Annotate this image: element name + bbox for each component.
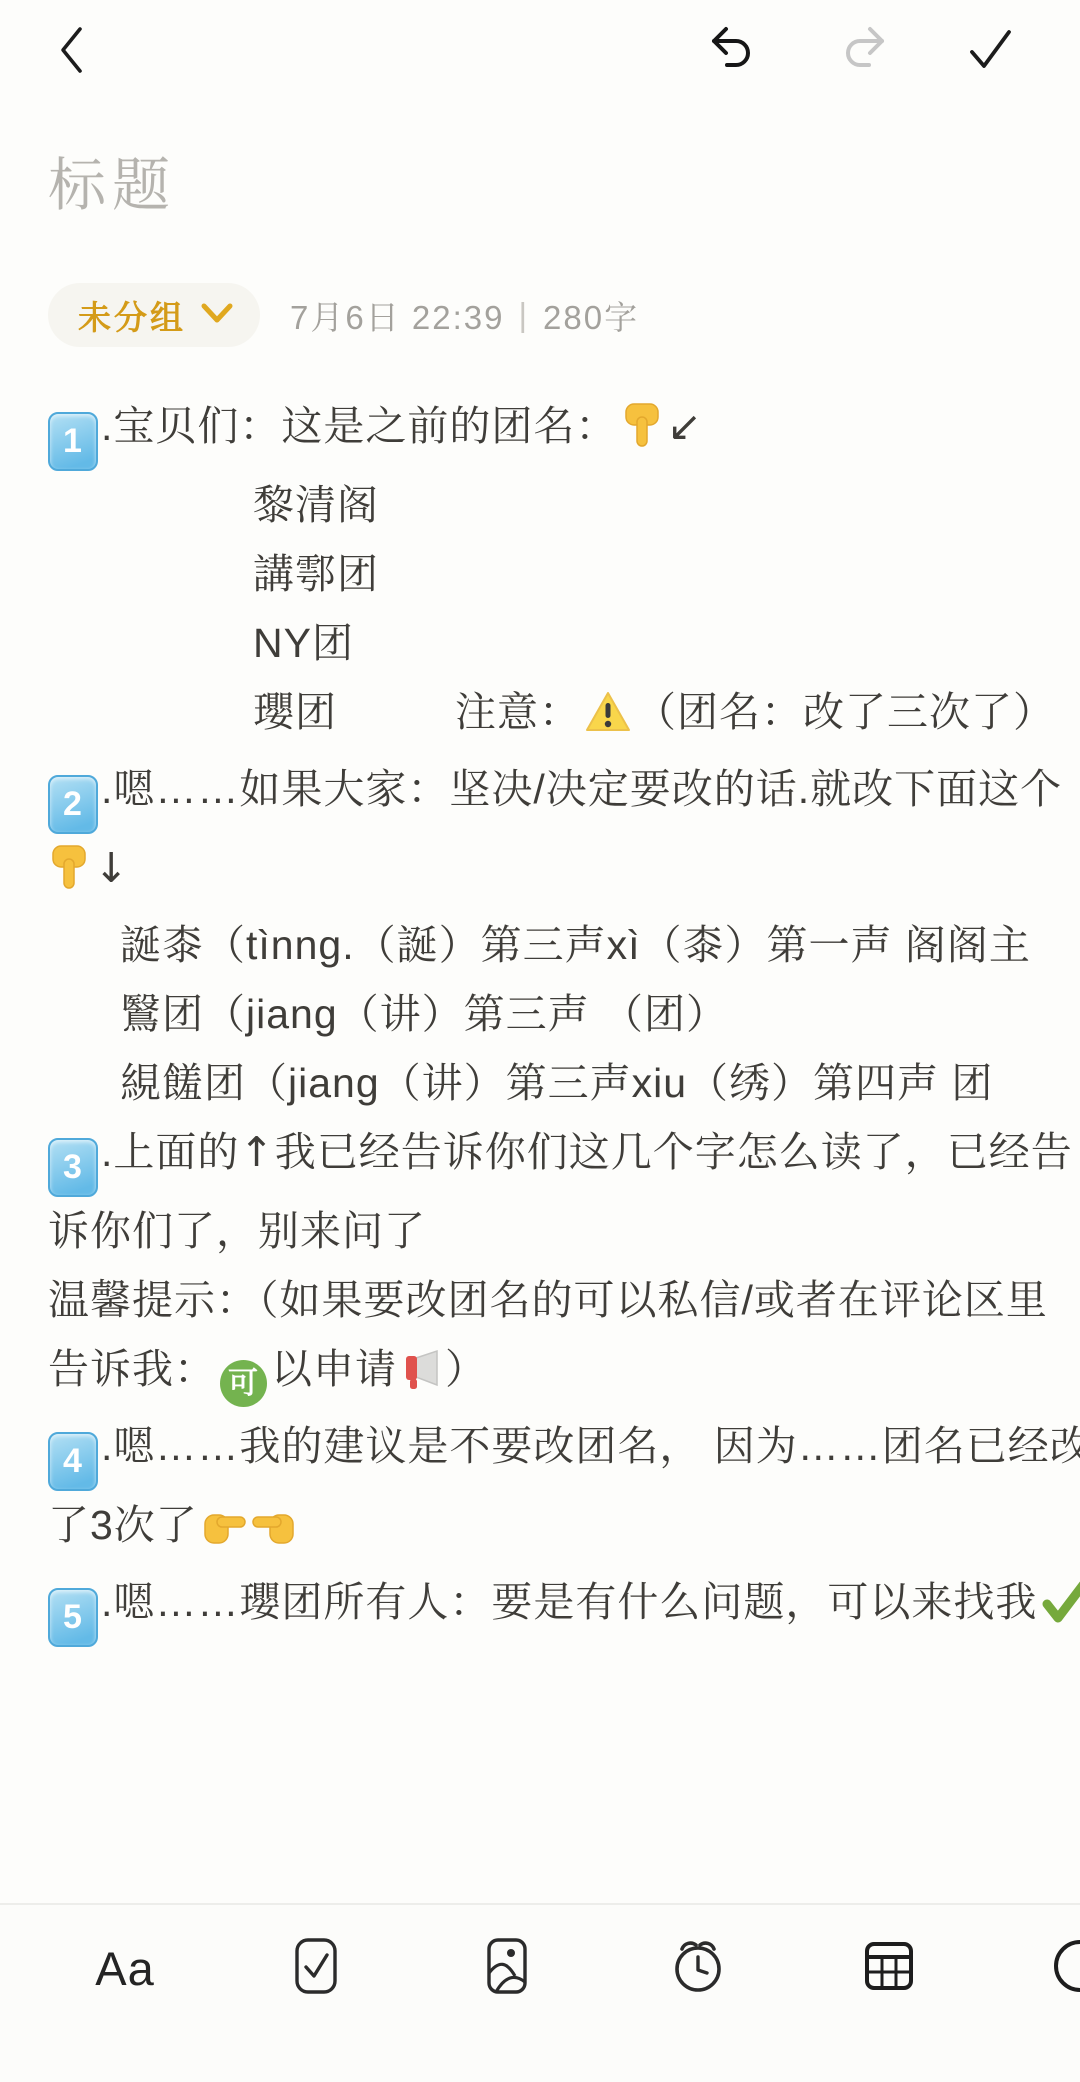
- line-5: 5.嗯……瓔团所有人：要是有什么问题，可以来找我: [48, 1568, 1060, 1647]
- keycap-5-icon: 5: [48, 1588, 98, 1647]
- line-3-pre: .上面的: [101, 1129, 239, 1175]
- confirm-button[interactable]: [962, 24, 1018, 80]
- line-4: 4.嗯……我的建议是不要改团名， 因为……团名已经改: [48, 1412, 1060, 1491]
- arrow-down: ↓: [94, 844, 129, 892]
- table-button[interactable]: [854, 1933, 924, 2003]
- redo-icon: [838, 24, 890, 81]
- line-4-text: .嗯……我的建议是不要改团名， 因为……团名已经改: [101, 1423, 1080, 1469]
- note-body[interactable]: 1.宝贝们：这是之前的团名： ↙ 黎清阁 講鄠团 NY团 瓔团注意： （团名：改…: [48, 392, 1060, 1647]
- tip-line-2: 告诉我：可以申请 ）: [48, 1335, 1060, 1412]
- point-down-icon: [621, 400, 663, 469]
- line-2b: ↓: [48, 834, 1060, 911]
- word-count: 280字: [543, 292, 639, 339]
- image-button[interactable]: [472, 1933, 542, 2003]
- line-4b-text: 了3次了: [48, 1502, 198, 1548]
- point-right-icon: [202, 1499, 248, 1568]
- tip-line-2-text: 告诉我：: [48, 1346, 216, 1392]
- megaphone-icon: [401, 1343, 441, 1412]
- line-1: 1.宝贝们：这是之前的团名： ↙: [48, 392, 1060, 471]
- group-tag-label: 未分组: [78, 292, 186, 339]
- line-3: 3.上面的↑我已经告诉你们这几个字怎么读了，已经告: [48, 1118, 1060, 1197]
- tip-line-2-text-b: 以申请: [271, 1346, 397, 1392]
- line-5-text: .嗯……瓔团所有人：要是有什么问题，可以来找我: [101, 1579, 1037, 1625]
- line-2: 2.嗯……如果大家：坚决/决定要改的话.就改下面这个: [48, 755, 1060, 834]
- image-icon: [480, 1936, 534, 2001]
- keycap-1-icon: 1: [48, 412, 98, 471]
- alarm-icon: [668, 1935, 728, 2002]
- redo-button[interactable]: [836, 24, 892, 80]
- checklist-icon: [288, 1936, 344, 2001]
- warning-icon: [585, 686, 631, 755]
- arrow-down-left: ↙: [667, 402, 702, 450]
- meta-separator: |: [518, 296, 529, 334]
- keycap-2-icon: 2: [48, 775, 98, 834]
- undo-icon: [706, 24, 758, 81]
- note-title-input[interactable]: 标题: [48, 138, 1032, 222]
- line-1-text: .宝贝们：这是之前的团名：: [101, 403, 617, 449]
- keycap-4-icon: 4: [48, 1432, 98, 1491]
- check-icon: [964, 24, 1016, 81]
- line-3b: 诉你们了，别来问了: [48, 1197, 1060, 1266]
- team-name-item: 講鄠团: [48, 540, 1060, 609]
- keycap-3-icon: 3: [48, 1138, 98, 1197]
- notice-text: （团名：改了三次了）: [635, 689, 1055, 735]
- check-mark-icon: [1041, 1576, 1080, 1645]
- undo-button[interactable]: [704, 24, 760, 80]
- notice-label: 注意：: [455, 689, 581, 735]
- tip-line-1: 温馨提示：（如果要改团名的可以私信/或者在评论区里: [48, 1266, 1060, 1335]
- table-icon: [859, 1938, 919, 1999]
- note-editor-screen: 标题 未分组 7月6日 22:39 | 280字 1.宝贝们：这是之前的团名： …: [0, 0, 1080, 2082]
- doodle-icon: [1048, 1934, 1080, 2003]
- checklist-button[interactable]: [281, 1933, 351, 2003]
- pinyin-line: 誕桼（tìnng.（誕）第三声xì（桼）第一声 阁阁主: [48, 911, 1060, 980]
- top-nav: [0, 0, 1080, 112]
- line-2-text: .嗯……如果大家：坚决/决定要改的话.就改下面这个: [101, 766, 1062, 812]
- team-name-notice-line: 瓔团注意： （团名：改了三次了）: [48, 678, 1060, 755]
- chevron-down-icon: [200, 301, 234, 330]
- pinyin-line: 鷖团（jiang（讲）第三声 （团）: [48, 980, 1060, 1049]
- team-name-item: 黎清阁: [48, 471, 1060, 540]
- point-left-icon: [250, 1499, 296, 1568]
- tip-line-2-text-c: ）: [445, 1346, 487, 1392]
- team-name-item: NY团: [48, 609, 1060, 678]
- alarm-button[interactable]: [663, 1933, 733, 2003]
- arrow-up: ↑: [239, 1128, 274, 1176]
- pinyin-line: 絸饈团（jiang（讲）第三声xiu（绣）第四声 团: [48, 1049, 1060, 1118]
- format-icon: Aa: [95, 1941, 155, 1996]
- ok-button-icon: 可: [220, 1360, 267, 1407]
- note-date: 7月6日 22:39: [290, 292, 504, 339]
- line-4b: 了3次了: [48, 1491, 1060, 1568]
- group-tag-button[interactable]: 未分组: [48, 283, 260, 347]
- line-3-text: 我已经告诉你们这几个字怎么读了，已经告: [275, 1129, 1073, 1175]
- format-button[interactable]: Aa: [90, 1933, 160, 2003]
- note-meta-row: 未分组 7月6日 22:39 | 280字: [48, 282, 1040, 348]
- back-button[interactable]: [44, 24, 100, 80]
- doodle-button[interactable]: [1045, 1933, 1080, 2003]
- back-icon: [52, 24, 92, 81]
- team-name-item: 瓔团: [253, 689, 337, 735]
- editor-toolbar: Aa: [0, 1903, 1080, 2082]
- point-down-icon: [48, 842, 90, 911]
